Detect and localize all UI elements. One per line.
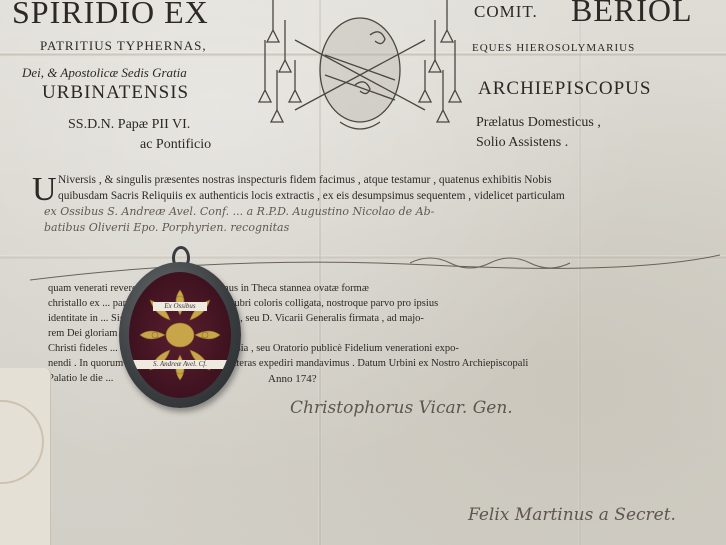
body-line: Christi fideles ... nendi , in quacumque…	[48, 343, 459, 354]
vicar-signature: Christophorus Vicar. Gen.	[290, 398, 513, 418]
body-line: nendi . In quorum fidem has testimoniale…	[48, 358, 528, 369]
header-title: PATRITIUS TYPHERNAS,	[40, 38, 207, 54]
header-surname: BERIOL	[571, 0, 693, 29]
reliquary-backing: Ex Ossibus S. Andreæ Avel. Cf.	[129, 272, 231, 398]
header-pope: SS.D.N. Papæ PII VI.	[68, 117, 190, 133]
header-see: URBINATENSIS	[42, 82, 189, 104]
header-assistant: Solio Assistens .	[476, 135, 568, 151]
header-name: SPIRIDIO EX	[12, 0, 209, 31]
header-grace: Dei, & Apostolicæ Sedis Gratia	[22, 65, 187, 81]
header-pontifical: ac Pontificio	[140, 137, 211, 153]
header-knight: EQUES HIEROSOLYMARIUS	[472, 42, 635, 54]
header-archbishop: ARCHIEPISCOPUS	[478, 78, 651, 100]
relic-label-bottom: S. Andreæ Avel. Cf.	[133, 360, 227, 369]
drop-cap: U	[32, 173, 57, 207]
coat-of-arms-icon	[255, 0, 465, 140]
handwritten-line: ex Ossibus S. Andreæ Avel. Conf. ... a R…	[44, 205, 434, 218]
ink-flourish-icon	[30, 235, 720, 285]
gold-filigree-icon	[135, 280, 225, 390]
header-prelate: Prælatus Domesticus ,	[476, 115, 601, 131]
body-line: Palatio le die ...	[48, 373, 113, 384]
body-line: Niversis , & singulis præsentes nostras …	[58, 174, 552, 186]
body-line: quibusdam Sacris Reliquiis ex authentici…	[58, 190, 565, 202]
handwritten-line: batibus Oliverii Epo. Porphyrien. recogn…	[44, 221, 289, 234]
reliquary-theca: Ex Ossibus S. Andreæ Avel. Cf.	[119, 262, 241, 408]
relic-label-top: Ex Ossibus	[153, 302, 207, 311]
secretary-signature: Felix Martinus a Secret.	[468, 505, 676, 525]
header-comit: COMIT.	[474, 2, 538, 22]
date-year: Anno 174?	[268, 373, 317, 385]
body-line: christallo ex ... parte munita, filoque …	[48, 298, 438, 309]
